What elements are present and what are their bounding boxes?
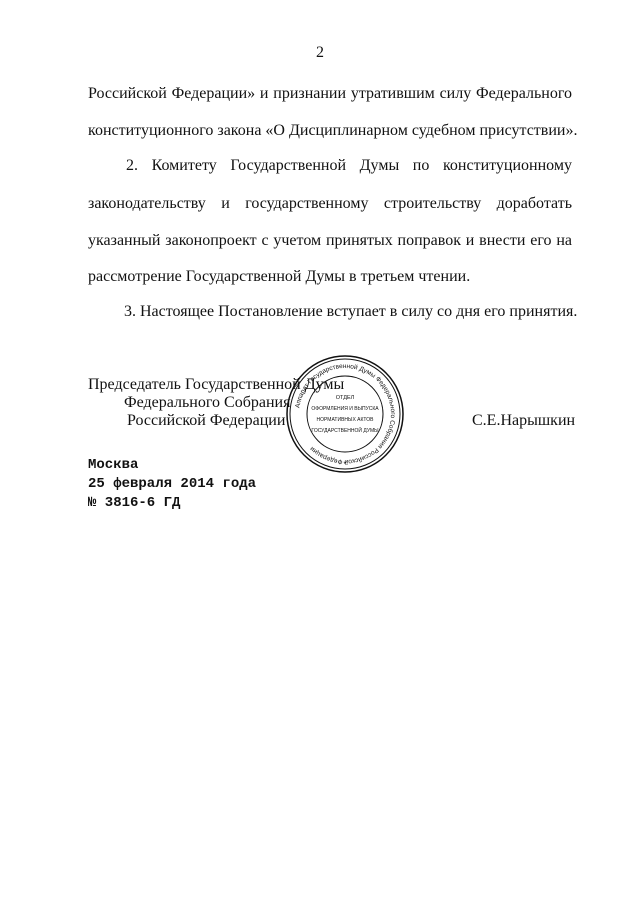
stamp-inner-line-1: ОТДЕЛ bbox=[336, 395, 355, 401]
stamp-inner-line-3: НОРМАТИВНЫХ АКТОВ bbox=[317, 417, 375, 423]
stamp-star: * bbox=[343, 460, 346, 469]
signatory-name: С.Е.Нарышкин bbox=[472, 411, 575, 431]
paragraph-3: 3. Настоящее Постановление вступает в си… bbox=[124, 302, 570, 322]
stamp-inner-line-4: ГОСУДАРСТВЕННОЙ ДУМЫ bbox=[311, 426, 379, 434]
stamp-seal-icon: Аппарат Государственной Думы Федеральног… bbox=[285, 354, 405, 474]
paragraph-1-line-1: Российской Федерации» и признании утрати… bbox=[88, 84, 572, 104]
official-stamp: Аппарат Государственной Думы Федеральног… bbox=[285, 354, 405, 474]
page-number: 2 bbox=[0, 44, 640, 62]
stamp-inner-line-2: ОФОРМЛЕНИЯ И ВЫПУСКА bbox=[311, 406, 379, 412]
svg-text:Аппарат Государственной Думы Ф: Аппарат Государственной Думы Федеральног… bbox=[294, 363, 396, 466]
document-date: 25 февраля 2014 года bbox=[88, 474, 256, 494]
document-number: № 3816-6 ГД bbox=[88, 493, 180, 513]
paragraph-2-line-2: законодательству и государственному стро… bbox=[88, 194, 572, 214]
signature-title-line-3: Российской Федерации bbox=[127, 411, 285, 431]
paragraph-2-line-4: рассмотрение Государственной Думы в трет… bbox=[88, 267, 572, 287]
stamp-outer-text: Аппарат Государственной Думы Федеральног… bbox=[294, 363, 396, 466]
paragraph-2-line-3: указанный законопроект с учетом принятых… bbox=[88, 231, 572, 251]
document-city: Москва bbox=[88, 455, 138, 475]
paragraph-2-line-1: 2. Комитету Государственной Думы по конс… bbox=[126, 156, 572, 176]
signature-title-line-2: Федерального Собрания bbox=[124, 393, 290, 413]
paragraph-1-line-2: конституционного закона «О Дисциплинарно… bbox=[88, 121, 572, 141]
